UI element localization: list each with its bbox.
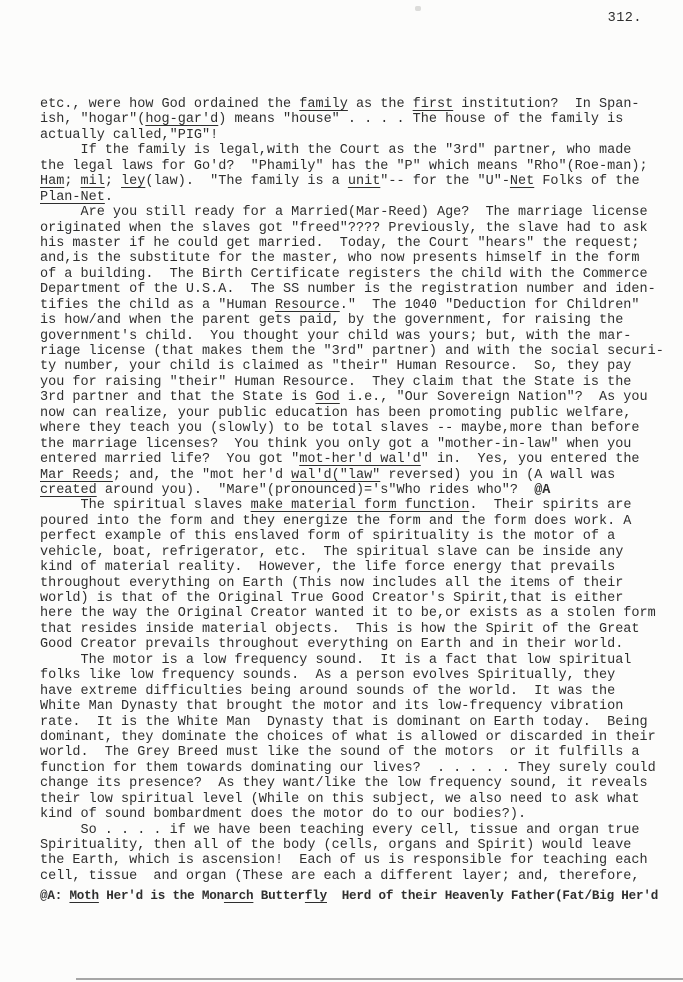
text-segment: the Earth, which is ascension! Each of u… <box>40 853 648 868</box>
text-line: Plan-Net. <box>40 190 660 205</box>
text-segment: first <box>413 97 454 112</box>
text-segment: poured into the form and they energize t… <box>40 514 631 529</box>
text-segment: ish, "hogar"( <box>40 112 145 127</box>
text-segment: tifies the child as a "Human <box>40 298 275 313</box>
text-segment: ty number, your child is claimed as "the… <box>40 359 631 374</box>
scan-artifact-bottom-line <box>76 978 683 980</box>
text-segment: now can realize, your public education h… <box>40 406 631 421</box>
text-segment: Plan-Net <box>40 190 105 205</box>
text-line: cell, tissue and organ (These are each a… <box>40 869 660 884</box>
text-segment: Resource <box>275 298 340 313</box>
text-line: Department of the U.S.A. The SS number i… <box>40 282 660 297</box>
text-segment: reversed) you in (A wall was <box>380 468 615 483</box>
text-line: is how/and when the parent gets paid, by… <box>40 313 660 328</box>
text-segment: perfect example of this enslaved form of… <box>40 529 615 544</box>
text-line: Are you still ready for a Married(Mar-Re… <box>40 205 660 220</box>
text-segment: kind of material reality. However, the l… <box>40 560 615 575</box>
text-segment: The spiritual slaves <box>40 498 251 513</box>
text-segment: ; and, the "mot her'd <box>113 468 291 483</box>
text-segment: Good Creator prevails throughout everyth… <box>40 637 623 652</box>
text-segment: mil <box>81 174 105 189</box>
text-line: poured into the form and they energize t… <box>40 514 660 529</box>
text-segment: around you). "Mare"(pronounced)='s"Who r… <box>97 483 534 498</box>
text-segment: that resides inside material objects. Th… <box>40 622 640 637</box>
text-line: now can realize, your public education h… <box>40 406 660 421</box>
text-segment: The motor is a low frequency sound. It i… <box>40 653 631 668</box>
text-segment: as the <box>348 97 413 112</box>
footnote-line: @A: Moth Her'd is the Monarch Butterfly … <box>40 889 683 903</box>
text-line: entered married life? You got "mot-her'd… <box>40 452 660 467</box>
text-segment: have extreme difficulties being around s… <box>40 684 615 699</box>
text-line: his master if he could get married. Toda… <box>40 236 660 251</box>
text-segment: Her'd is the Mon <box>99 889 224 903</box>
text-segment: make material form function <box>251 498 470 513</box>
text-segment: actually called,"PIG"! <box>40 128 218 143</box>
text-line: kind of sound bombardment does the motor… <box>40 807 660 822</box>
text-line: the legal laws for Go'd? "Phamily" has t… <box>40 159 660 174</box>
text-line: rate. It is the White Man Dynasty that i… <box>40 715 660 730</box>
text-segment: . Their spirits are <box>469 498 631 513</box>
text-segment: arch <box>224 889 253 903</box>
text-segment: Folks of the <box>534 174 639 189</box>
text-segment: the legal laws for Go'd? "Phamily" has t… <box>40 159 648 174</box>
text-line: their low spiritual level (While on this… <box>40 792 660 807</box>
text-segment: . <box>105 190 113 205</box>
text-segment: world. The Grey Breed must like the soun… <box>40 745 640 760</box>
scanned-document-page: 312. etc., were how God ordained the fam… <box>0 0 683 982</box>
text-line: etc., were how God ordained the family a… <box>40 97 660 112</box>
text-segment: Net <box>510 174 534 189</box>
text-line: and,is the substitute for the master, wh… <box>40 251 660 266</box>
text-segment: "-- for the "U"- <box>380 174 510 189</box>
document-body: etc., were how God ordained the family a… <box>40 97 660 884</box>
text-line: perfect example of this enslaved form of… <box>40 529 660 544</box>
text-segment: wal'd("law" <box>291 468 380 483</box>
text-line: of a building. The Birth Certificate reg… <box>40 267 660 282</box>
text-segment: etc., were how God ordained the <box>40 97 299 112</box>
text-line: world. The Grey Breed must like the soun… <box>40 745 660 760</box>
text-segment: government's child. You thought your chi… <box>40 329 631 344</box>
text-line: the marriage licenses? You think you onl… <box>40 437 660 452</box>
text-line: originated when the slaves got "freed"??… <box>40 221 660 236</box>
text-line: Good Creator prevails throughout everyth… <box>40 637 660 652</box>
text-segment: ) means "house" . . . . The house of the… <box>218 112 623 127</box>
text-line: ish, "hogar"(hog-gar'd) means "house" . … <box>40 112 660 127</box>
text-line: Spirituality, then all of the body (cell… <box>40 838 660 853</box>
text-line: folks like low frequency sounds. As a pe… <box>40 668 660 683</box>
text-line: government's child. You thought your chi… <box>40 329 660 344</box>
text-segment: i.e., "Our Sovereign Nation"? As you <box>340 390 648 405</box>
text-segment: ley <box>121 174 145 189</box>
text-line: 3rd partner and that the State is God i.… <box>40 390 660 405</box>
text-segment: family <box>299 97 348 112</box>
text-segment: created <box>40 483 97 498</box>
text-line: world) is that of the Original True Good… <box>40 591 660 606</box>
text-segment: Ham <box>40 174 64 189</box>
text-segment: Moth <box>69 889 98 903</box>
text-segment: where they teach you (slowly) to be tota… <box>40 421 640 436</box>
text-segment: change its presence? As they want/like t… <box>40 776 648 791</box>
text-line: Ham; mil; ley(law). "The family is a uni… <box>40 174 660 189</box>
page-number: 312. <box>608 11 642 26</box>
text-line: ty number, your child is claimed as "the… <box>40 359 660 374</box>
text-segment: ; <box>105 174 121 189</box>
text-segment: ." The 1040 "Deduction for Children" <box>340 298 640 313</box>
text-segment: rate. It is the White Man Dynasty that i… <box>40 715 648 730</box>
text-segment: Are you still ready for a Married(Mar-Re… <box>40 205 648 220</box>
text-line: where they teach you (slowly) to be tota… <box>40 421 660 436</box>
text-segment: entered married life? You got " <box>40 452 299 467</box>
text-segment: their low spiritual level (While on this… <box>40 792 640 807</box>
text-segment: folks like low frequency sounds. As a pe… <box>40 668 615 683</box>
text-segment: ; <box>64 174 80 189</box>
text-line: you for raising "their" Human Resource. … <box>40 375 660 390</box>
text-line: function for them towards dominating our… <box>40 761 660 776</box>
text-segment: kind of sound bombardment does the motor… <box>40 807 526 822</box>
text-segment: originated when the slaves got "freed"??… <box>40 221 648 236</box>
text-line: riage license (that makes them the "3rd"… <box>40 344 660 359</box>
text-line: Mar Reeds; and, the "mot her'd wal'd("la… <box>40 468 660 483</box>
text-segment: his master if he could get married. Toda… <box>40 236 640 251</box>
text-line: The spiritual slaves make material form … <box>40 498 660 513</box>
text-segment: of a building. The Birth Certificate reg… <box>40 267 648 282</box>
text-line: throughout everything on Earth (This now… <box>40 576 660 591</box>
text-line: the Earth, which is ascension! Each of u… <box>40 853 660 868</box>
text-segment: function for them towards dominating our… <box>40 761 656 776</box>
text-line: created around you). "Mare"(pronounced)=… <box>40 483 660 498</box>
text-segment: hog-gar'd <box>145 112 218 127</box>
text-segment: (law). "The family is a <box>145 174 348 189</box>
text-segment: White Man Dynasty that brought the motor… <box>40 699 623 714</box>
text-segment: mot-her'd wal'd <box>299 452 421 467</box>
text-line: actually called,"PIG"! <box>40 128 660 143</box>
text-segment: @A <box>534 483 550 498</box>
text-segment: unit <box>348 174 380 189</box>
text-segment: is how/and when the parent gets paid, by… <box>40 313 623 328</box>
text-segment: Spirituality, then all of the body (cell… <box>40 838 631 853</box>
text-line: dominant, they dominate the choices of w… <box>40 730 660 745</box>
text-segment: Herd of their Heavenly Father(Fat/Big He… <box>327 889 658 903</box>
text-segment: 3rd partner and that the State is <box>40 390 315 405</box>
text-segment: here the way the Original Creator wanted… <box>40 606 656 621</box>
text-line: change its presence? As they want/like t… <box>40 776 660 791</box>
text-line: The motor is a low frequency sound. It i… <box>40 653 660 668</box>
text-line: kind of material reality. However, the l… <box>40 560 660 575</box>
text-segment: riage license (that makes them the "3rd"… <box>40 344 664 359</box>
text-segment: God <box>315 390 339 405</box>
text-segment: " in. Yes, you entered the <box>421 452 640 467</box>
text-segment: and,is the substitute for the master, wh… <box>40 251 640 266</box>
text-segment: dominant, they dominate the choices of w… <box>40 730 656 745</box>
text-segment: institution? In Span- <box>453 97 639 112</box>
text-line: So . . . . if we have been teaching ever… <box>40 823 660 838</box>
text-segment: throughout everything on Earth (This now… <box>40 576 623 591</box>
text-segment: you for raising "their" Human Resource. … <box>40 375 631 390</box>
text-segment: the marriage licenses? You think you onl… <box>40 437 631 452</box>
text-line: White Man Dynasty that brought the motor… <box>40 699 660 714</box>
text-segment: So . . . . if we have been teaching ever… <box>40 823 640 838</box>
text-segment: cell, tissue and organ (These are each a… <box>40 869 640 884</box>
text-line: here the way the Original Creator wanted… <box>40 606 660 621</box>
text-segment: @A: <box>40 889 69 903</box>
text-segment: world) is that of the Original True Good… <box>40 591 623 606</box>
text-segment: vehicle, boat, refrigerator, etc. The sp… <box>40 545 623 560</box>
text-line: If the family is legal,with the Court as… <box>40 143 660 158</box>
text-segment: Mar Reeds <box>40 468 113 483</box>
text-segment: fly <box>305 889 327 903</box>
text-segment: Butter <box>253 889 305 903</box>
text-line: have extreme difficulties being around s… <box>40 684 660 699</box>
text-segment: Department of the U.S.A. The SS number i… <box>40 282 656 297</box>
scan-artifact-smudge <box>415 6 421 11</box>
text-line: vehicle, boat, refrigerator, etc. The sp… <box>40 545 660 560</box>
text-line: tifies the child as a "Human Resource." … <box>40 298 660 313</box>
text-line: that resides inside material objects. Th… <box>40 622 660 637</box>
text-segment: If the family is legal,with the Court as… <box>40 143 631 158</box>
